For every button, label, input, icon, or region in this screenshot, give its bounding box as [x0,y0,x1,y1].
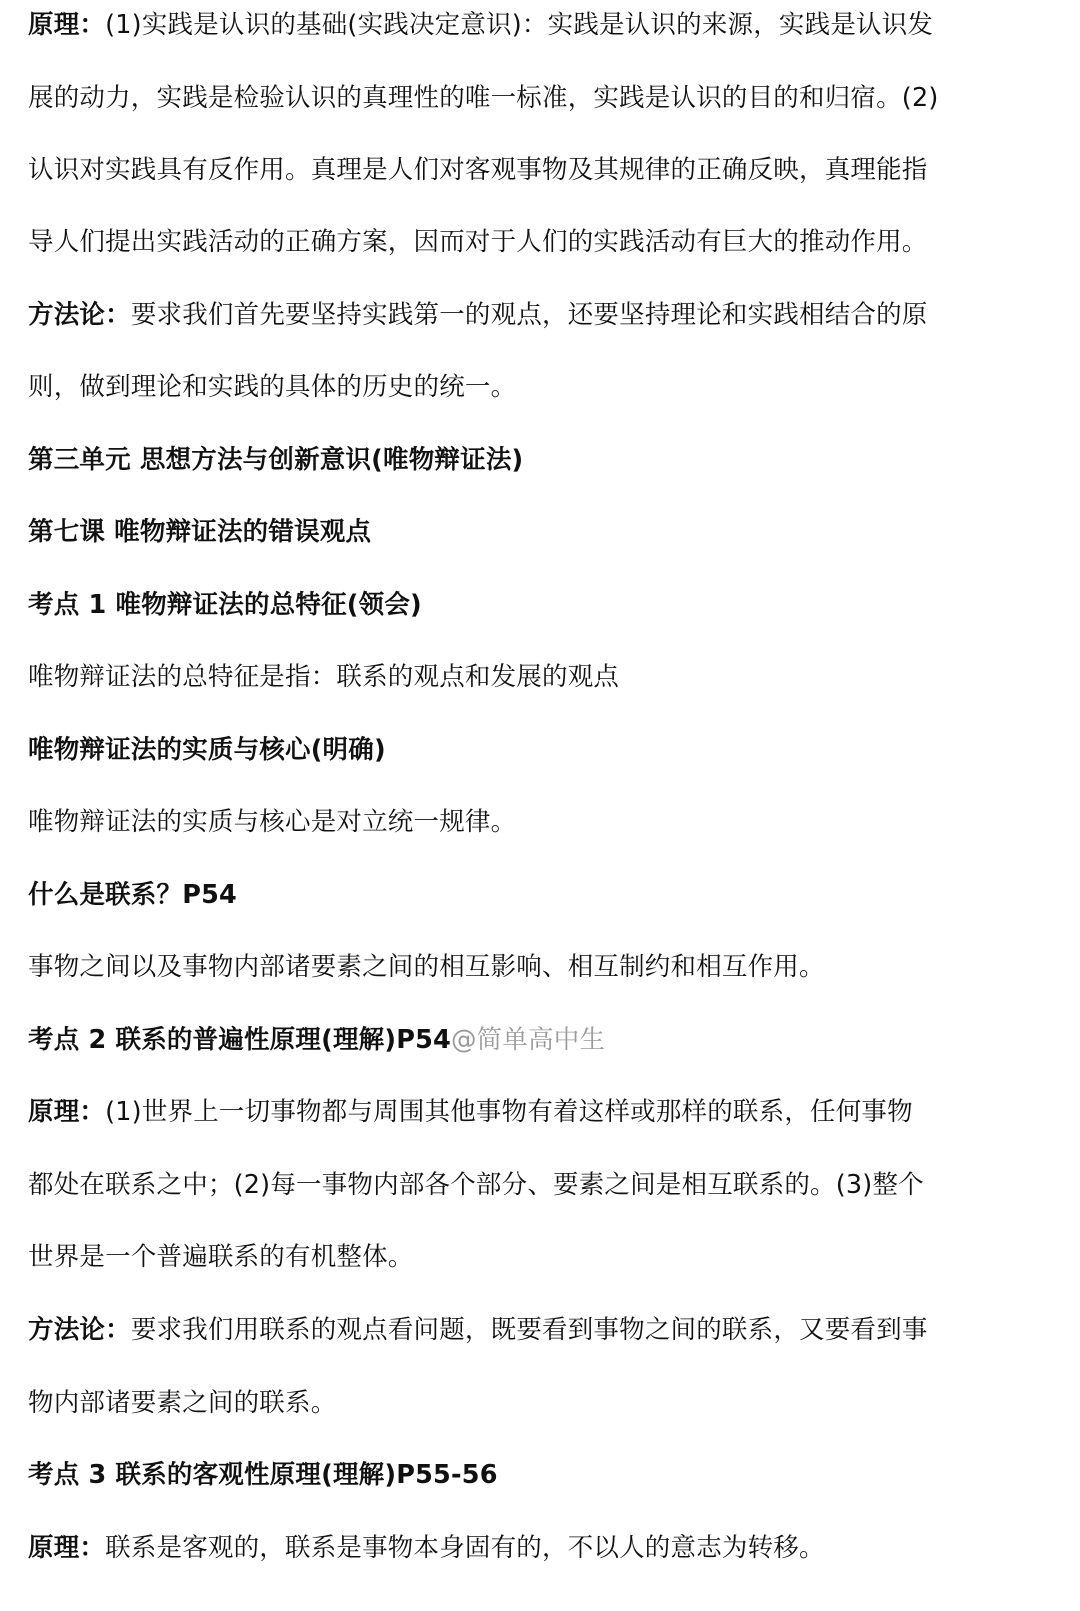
text-line: 唯物辩证法的总特征是指：联系的观点和发展的观点 [28,657,619,697]
line-text: 认识对实践具有反作用。真理是人们对客观事物及其规律的正确反映，真理能指 [28,155,928,185]
line-text: 展的动力，实践是检验认识的真理性的唯一标准，实践是认识的目的和归宿。(2) [28,83,939,113]
line-text: 唯物辩证法的总特征是指：联系的观点和发展的观点 [28,662,619,692]
line-text: 事物之间以及事物内部诸要素之间的相互影响、相互制约和相互作用。 [28,952,825,982]
lesson-heading: 第七课 唯物辩证法的错误观点 [28,512,371,552]
heading-text: 唯物辩证法的实质与核心(明确) [28,735,386,765]
methodology-label: 方法论： [28,300,131,330]
line-text: 联系是客观的，联系是事物本身固有的，不以人的意志为转移。 [105,1533,825,1563]
methodology-line: 方法论：要求我们用联系的观点看问题，既要看到事物之间的联系，又要看到事 [28,1310,928,1350]
principle-label: 原理： [28,10,105,40]
heading-text: 什么是联系？P54 [28,880,237,910]
text-line: 唯物辩证法的实质与核心是对立统一规律。 [28,802,516,842]
principle-line-2: 原理：(1)世界上一切事物都与周围其他事物有着这样或那样的联系，任何事物 [28,1092,913,1132]
line-text: 导人们提出实践活动的正确方案，因而对于人们的实践活动有巨大的推动作用。 [28,227,928,257]
principle-line-1: 原理：(1)实践是认识的基础(实践决定意识)：实践是认识的来源，实践是认识发 [28,5,933,45]
line-text: 要求我们首先要坚持实践第一的观点，还要坚持理论和实践相结合的原 [131,300,928,330]
methodology-label: 方法论： [28,1315,131,1345]
text-line: 事物之间以及事物内部诸要素之间的相互影响、相互制约和相互作用。 [28,947,825,987]
line-text: 唯物辩证法的实质与核心是对立统一规律。 [28,807,516,837]
key-point-3-heading: 考点 3 联系的客观性原理(理解)P55-56 [28,1455,498,1495]
text-line: 展的动力，实践是检验认识的真理性的唯一标准，实践是认识的目的和归宿。(2) [28,78,939,118]
line-text: (1)实践是认识的基础(实践决定意识)：实践是认识的来源，实践是认识发 [105,10,933,40]
essence-heading: 唯物辩证法的实质与核心(明确) [28,730,386,770]
line-text: 要求我们用联系的观点看问题，既要看到事物之间的联系，又要看到事 [131,1315,928,1345]
line-text: 物内部诸要素之间的联系。 [28,1388,336,1418]
line-text: 都处在联系之中；(2)每一事物内部各个部分、要素之间是相互联系的。(3)整个 [28,1170,924,1200]
line-text: (1)世界上一切事物都与周围其他事物有着这样或那样的联系，任何事物 [105,1097,913,1127]
heading-text: 考点 3 联系的客观性原理(理解)P55-56 [28,1460,498,1490]
text-line: 都处在联系之中；(2)每一事物内部各个部分、要素之间是相互联系的。(3)整个 [28,1165,924,1205]
text-line: 认识对实践具有反作用。真理是人们对客观事物及其规律的正确反映，真理能指 [28,150,928,190]
heading-text: 第三单元 思想方法与创新意识(唯物辩证法) [28,445,523,475]
principle-label: 原理： [28,1533,105,1563]
watermark: @简单高中生 [451,1025,605,1055]
connection-question-heading: 什么是联系？P54 [28,875,237,915]
key-point-1-heading: 考点 1 唯物辩证法的总特征(领会) [28,585,422,625]
text-line: 物内部诸要素之间的联系。 [28,1383,336,1423]
unit-heading: 第三单元 思想方法与创新意识(唯物辩证法) [28,440,523,480]
text-line: 导人们提出实践活动的正确方案，因而对于人们的实践活动有巨大的推动作用。 [28,222,928,262]
text-line: 世界是一个普遍联系的有机整体。 [28,1237,414,1277]
text-line: 则，做到理论和实践的具体的历史的统一。 [28,367,516,407]
heading-text: 考点 1 唯物辩证法的总特征(领会) [28,590,422,620]
line-text: 世界是一个普遍联系的有机整体。 [28,1242,414,1272]
principle-line-3: 原理：联系是客观的，联系是事物本身固有的，不以人的意志为转移。 [28,1528,825,1568]
principle-label: 原理： [28,1097,105,1127]
heading-text: 第七课 唯物辩证法的错误观点 [28,517,371,547]
line-text: 则，做到理论和实践的具体的历史的统一。 [28,372,516,402]
heading-text: 考点 2 联系的普遍性原理(理解)P54 [28,1025,451,1055]
key-point-2-heading: 考点 2 联系的普遍性原理(理解)P54@简单高中生 [28,1020,605,1060]
methodology-line: 方法论：要求我们首先要坚持实践第一的观点，还要坚持理论和实践相结合的原 [28,295,928,335]
